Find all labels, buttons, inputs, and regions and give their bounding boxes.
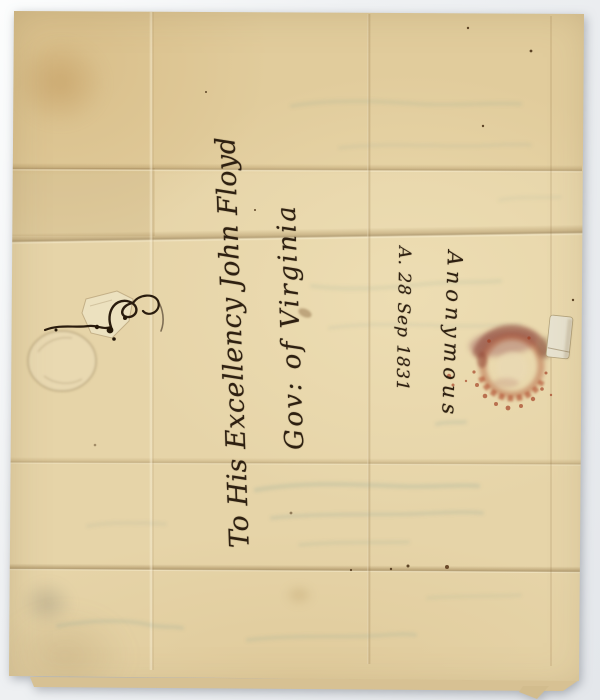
address-line-2: Gov: of Virginia [270,162,310,451]
docket-date: A. 28 Sep 1831 [392,246,415,392]
stain-top-left [14,40,106,126]
fold-crease-horizontal-1 [12,163,582,173]
docket-note-anonymous: Anonymous [437,250,467,419]
letter-paper: To His Excellency John Floyd Gov: of Vir… [0,0,600,700]
paper-specks [94,27,575,571]
smudge-bottom-left [20,580,74,626]
fold-crease-horizontal-3 [9,457,584,466]
ghost-writing-bleedthrough [58,101,560,640]
ink-scrawl [45,296,163,341]
embossed-seal-impression [28,331,96,391]
wax-speckles [447,336,552,410]
scanned-letter-image: To His Excellency John Floyd Gov: of Vir… [0,0,600,700]
stain-bottom-middle [284,584,314,606]
address-block: To His Excellency John Floyd Gov: of Vir… [212,162,313,549]
address-line-1: To His Excellency John Floyd [212,164,255,549]
torn-paper-flap [82,291,133,338]
fold-crease-vertical-2 [367,14,371,664]
paper-layers: To His Excellency John Floyd Gov: of Vir… [0,0,600,700]
seal-paper-tab [537,314,574,363]
paper-marks-layer [0,0,600,700]
fold-crease-horizontal-2 [9,224,584,244]
fold-crease-vertical-1 [149,12,154,670]
wax-seal [447,326,552,410]
fold-crease-vertical-3 [550,16,552,666]
fold-crease-horizontal-4 [9,563,584,573]
fold-shading-band [9,168,155,236]
